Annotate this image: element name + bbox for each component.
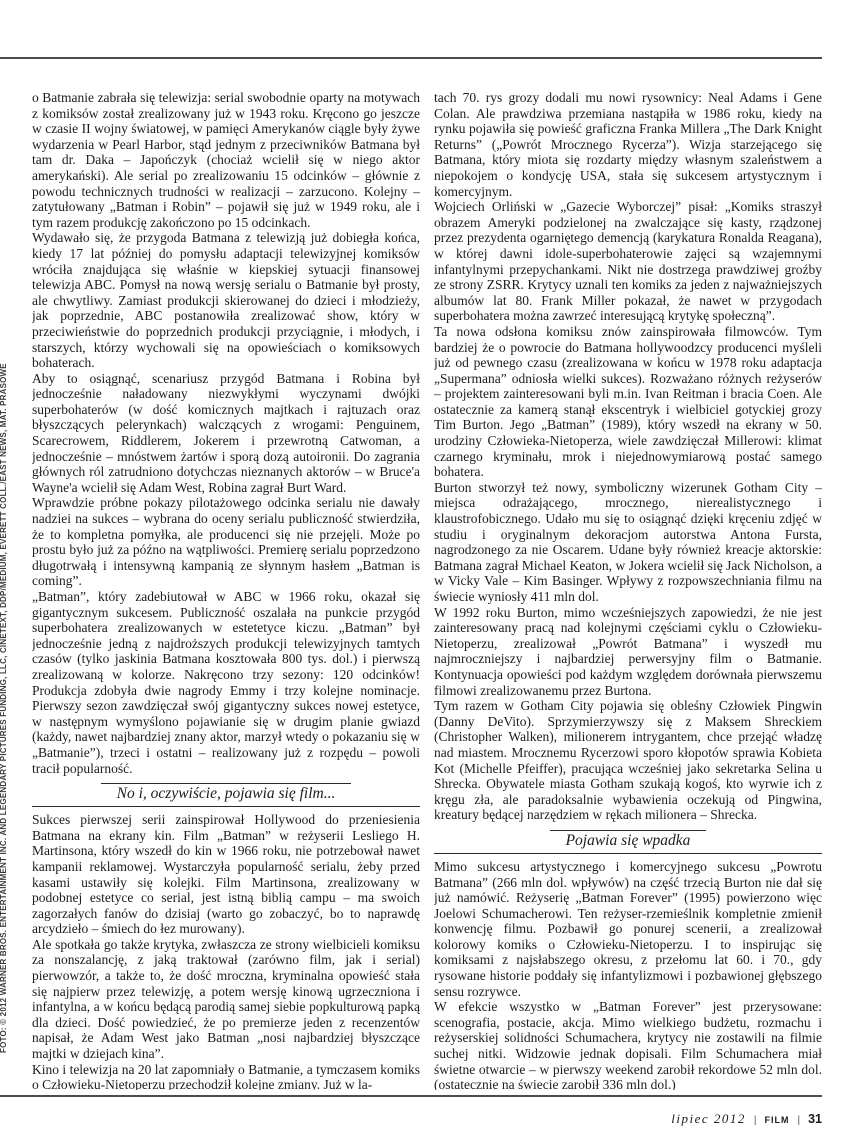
right-column: tach 70. rys grozy dodali mu nowi rysown… [434, 90, 822, 1090]
section-heading: No i, oczywiście, pojawia się film... [32, 783, 420, 807]
paragraph: Sukces pierwszej serii zainspirował Holl… [32, 812, 420, 937]
paragraph: Tym razem w Gotham City pojawia się oble… [434, 698, 822, 823]
paragraph: Kino i telewizja na 20 lat zapomniały o … [32, 1062, 420, 1090]
footer-separator: | [797, 1115, 800, 1126]
footer-page-number: 31 [808, 1112, 822, 1126]
paragraph: Wydawało się, że przygoda Batmana z tele… [32, 230, 420, 370]
section-heading-text: No i, oczywiście, pojawia się film... [101, 783, 352, 803]
paragraph: „Batman”, który zadebiutował w ABC w 196… [32, 589, 420, 776]
footer-issue-date: lipiec 2012 [671, 1111, 746, 1126]
paragraph: Wprawdzie próbne pokazy pilotażowego odc… [32, 495, 420, 589]
photo-credit: FOTO: © 2012 WARNER BROS. ENTERTAINMENT … [0, 363, 8, 1053]
paragraph: Burton stworzył też nowy, symboliczny wi… [434, 480, 822, 605]
paragraph: W 1992 roku Burton, mimo wcześniejszych … [434, 605, 822, 699]
paragraph: tach 70. rys grozy dodali mu nowi rysown… [434, 90, 822, 199]
bottom-rule [0, 1095, 822, 1097]
paragraph: Ta nowa odsłona komiksu znów zainspirowa… [434, 324, 822, 480]
paragraph: Mimo sukcesu artystycznego i komercyjneg… [434, 859, 822, 999]
magazine-article-page: FOTO: © 2012 WARNER BROS. ENTERTAINMENT … [0, 0, 855, 1147]
paragraph: W efekcie wszystko w „Batman Forever” je… [434, 999, 822, 1090]
article-body: o Batmanie zabrała się telewizja: serial… [32, 90, 822, 1090]
paragraph: Aby to osiągnąć, scenariusz przygód Batm… [32, 371, 420, 496]
top-rule [0, 57, 822, 59]
section-heading-text: Pojawia się wpadka [550, 830, 707, 850]
section-heading: Pojawia się wpadka [434, 830, 822, 854]
footer-separator: | [754, 1115, 757, 1126]
paragraph: Wojciech Orliński w „Gazecie Wyborczej” … [434, 199, 822, 324]
paragraph: o Batmanie zabrała się telewizja: serial… [32, 90, 420, 230]
page-footer: lipiec 2012 | FILM | 31 [671, 1110, 822, 1128]
left-column: o Batmanie zabrała się telewizja: serial… [32, 90, 420, 1090]
footer-magazine-name: FILM [764, 1115, 789, 1125]
paragraph: Ale spotkała go także krytyka, zwłaszcza… [32, 937, 420, 1062]
